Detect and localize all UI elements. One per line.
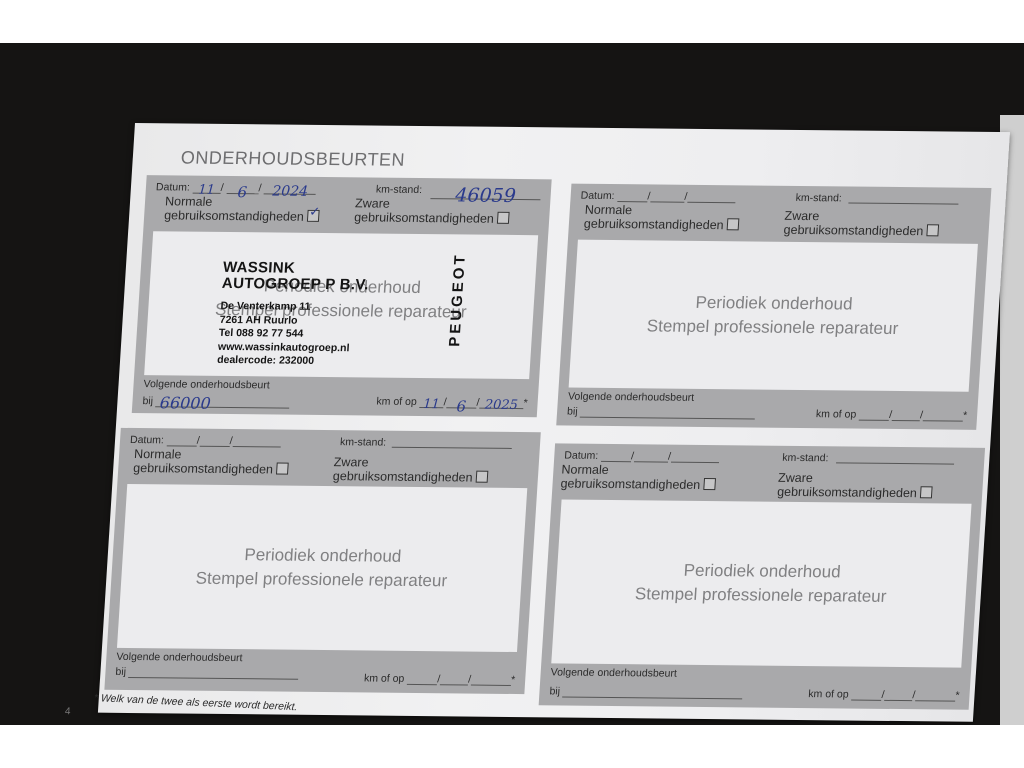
heavy-conditions-label-2: gebruiksomstandigheden bbox=[777, 485, 918, 500]
stamp-placeholder-line-2: Stempel professionele reparateur bbox=[121, 566, 522, 594]
asterisk: * bbox=[963, 410, 968, 422]
page-title: ONDERHOUDSBEURTEN bbox=[180, 147, 406, 170]
service-entry-1: Datum: 11/ 6/ 2024 km-stand: 46059 Norma… bbox=[132, 175, 552, 417]
service-entry-3: Datum: // km-stand: Normalegebruiksomsta… bbox=[104, 428, 540, 694]
km-reading-label: km-stand: bbox=[782, 452, 829, 464]
stamp-area: Periodiek onderhoudStempel professionele… bbox=[551, 499, 971, 667]
km-reading-field[interactable] bbox=[392, 437, 513, 449]
heavy-conditions-label-2: gebruiksomstandigheden bbox=[332, 469, 473, 484]
heavy-conditions-checkbox[interactable] bbox=[497, 212, 510, 224]
stamp-area: Periodiek onderhoudStempel professionele… bbox=[117, 484, 527, 652]
km-reading-label: km-stand: bbox=[340, 436, 387, 448]
photo-background: ONDERHOUDSBEURTEN Datum: 11/ 6/ 2024 km-… bbox=[0, 43, 1024, 725]
km-reading-label: km-stand: bbox=[795, 192, 842, 204]
next-day-field[interactable] bbox=[851, 690, 882, 701]
stamp-area: Periodiek onderhoud Stempel professionel… bbox=[144, 231, 538, 379]
dealer-street: De Venterkamp 11 bbox=[220, 300, 368, 315]
date-label: Datum: bbox=[564, 450, 599, 462]
km-or-on-label: km of op bbox=[364, 672, 405, 684]
asterisk: * bbox=[523, 397, 528, 409]
date-day-field[interactable] bbox=[166, 435, 197, 446]
km-reading-field[interactable] bbox=[848, 192, 959, 204]
at-label: bij bbox=[142, 395, 153, 407]
normal-conditions-checkbox[interactable] bbox=[726, 218, 739, 230]
asterisk: * bbox=[511, 674, 516, 686]
at-label: bij bbox=[115, 666, 126, 678]
date-month-field[interactable] bbox=[650, 191, 685, 202]
asterisk: * bbox=[955, 690, 960, 702]
dealer-code: dealercode: 232000 bbox=[217, 354, 365, 369]
dealer-phone: Tel 088 92 77 544 bbox=[218, 327, 366, 342]
page-number: 4 bbox=[65, 706, 71, 717]
normal-conditions-checkbox[interactable] bbox=[276, 462, 289, 474]
next-month-field[interactable] bbox=[440, 674, 469, 685]
date-year-field[interactable] bbox=[232, 436, 281, 447]
stamp-placeholder-line-2: Stempel professionele reparateur bbox=[555, 581, 966, 609]
footnote: * Welk van de twee als eerste wordt bere… bbox=[93, 692, 298, 713]
brand-logo-text: PEUGEOT bbox=[446, 252, 469, 346]
next-month-field[interactable] bbox=[884, 690, 913, 701]
km-reading-label: km-stand: bbox=[376, 184, 423, 196]
dealer-name-2: AUTOGROEP P B.V. bbox=[221, 276, 369, 294]
date-month-field[interactable]: 6 bbox=[226, 183, 259, 194]
next-day-field[interactable] bbox=[407, 674, 438, 685]
date-year-field[interactable] bbox=[671, 452, 720, 463]
separator: / bbox=[258, 182, 262, 194]
next-service-label: Volgende onderhoudsbeurt bbox=[143, 378, 270, 391]
date-label: Datum: bbox=[156, 181, 191, 193]
heavy-conditions-checkbox[interactable] bbox=[926, 224, 939, 236]
next-day-field[interactable]: 11 bbox=[419, 397, 444, 408]
next-km-field[interactable] bbox=[129, 667, 300, 680]
check-mark-icon: ✓ bbox=[309, 205, 321, 218]
normal-conditions-label-2: gebruiksomstandigheden bbox=[133, 461, 274, 476]
heavy-conditions-label-2: gebruiksomstandigheden bbox=[783, 223, 924, 238]
km-or-on-label: km of op bbox=[816, 408, 857, 420]
next-year-field[interactable]: 2025 bbox=[479, 398, 524, 409]
heavy-conditions-checkbox[interactable] bbox=[920, 486, 933, 498]
next-month-field[interactable] bbox=[892, 410, 921, 421]
date-month-field[interactable] bbox=[199, 436, 230, 447]
next-day-field[interactable] bbox=[859, 410, 890, 421]
next-service-label: Volgende onderhoudsbeurt bbox=[116, 651, 243, 664]
normal-conditions-label-2: gebruiksomstandigheden bbox=[560, 476, 701, 491]
km-or-on-label: km of op bbox=[808, 688, 849, 700]
booklet-page: ONDERHOUDSBEURTEN Datum: 11/ 6/ 2024 km-… bbox=[98, 123, 1010, 722]
next-year-field[interactable] bbox=[915, 690, 956, 701]
next-service-label: Volgende onderhoudsbeurt bbox=[568, 391, 695, 404]
stamp-area: Periodiek onderhoudStempel professionele… bbox=[569, 240, 978, 392]
dealer-stamp: WASSINK AUTOGROEP P B.V. De Venterkamp 1… bbox=[217, 260, 371, 369]
date-year-field[interactable]: 2024 bbox=[264, 183, 317, 195]
separator: / bbox=[220, 182, 224, 194]
heavy-conditions-label-2: gebruiksomstandigheden bbox=[354, 210, 495, 225]
next-year-field[interactable] bbox=[471, 675, 512, 686]
at-label: bij bbox=[567, 406, 578, 418]
normal-conditions-checkbox[interactable] bbox=[703, 478, 716, 490]
km-reading-field[interactable] bbox=[836, 452, 955, 464]
date-label: Datum: bbox=[130, 434, 165, 446]
date-month-field[interactable] bbox=[634, 451, 669, 462]
next-service-label: Volgende onderhoudsbeurt bbox=[550, 666, 677, 679]
heavy-conditions-checkbox[interactable] bbox=[475, 471, 488, 483]
next-month-field[interactable]: 6 bbox=[446, 397, 477, 408]
normal-conditions-label-2: gebruiksomstandigheden bbox=[164, 208, 305, 223]
next-year-field[interactable] bbox=[923, 410, 964, 421]
service-entry-4: Datum: // km-stand: Normalegebruiksomsta… bbox=[539, 443, 985, 709]
date-year-field[interactable] bbox=[687, 192, 736, 203]
normal-conditions-label-2: gebruiksomstandigheden bbox=[583, 217, 724, 232]
next-km-field[interactable] bbox=[580, 407, 756, 420]
at-label: bij bbox=[549, 685, 560, 697]
date-day-field[interactable]: 11 bbox=[192, 183, 221, 194]
date-label: Datum: bbox=[580, 190, 615, 202]
service-entry-2: Datum: // km-stand: Normalegebruiksomsta… bbox=[556, 184, 991, 430]
date-day-field[interactable] bbox=[601, 451, 632, 462]
next-km-field[interactable]: 66000 bbox=[156, 393, 291, 408]
stamp-placeholder-line-2: Stempel professionele reparateur bbox=[572, 314, 973, 342]
km-or-on-label: km of op bbox=[376, 396, 417, 408]
normal-conditions-checkbox[interactable]: ✓ bbox=[307, 210, 320, 222]
date-day-field[interactable] bbox=[617, 191, 648, 202]
next-km-field[interactable] bbox=[563, 687, 744, 700]
